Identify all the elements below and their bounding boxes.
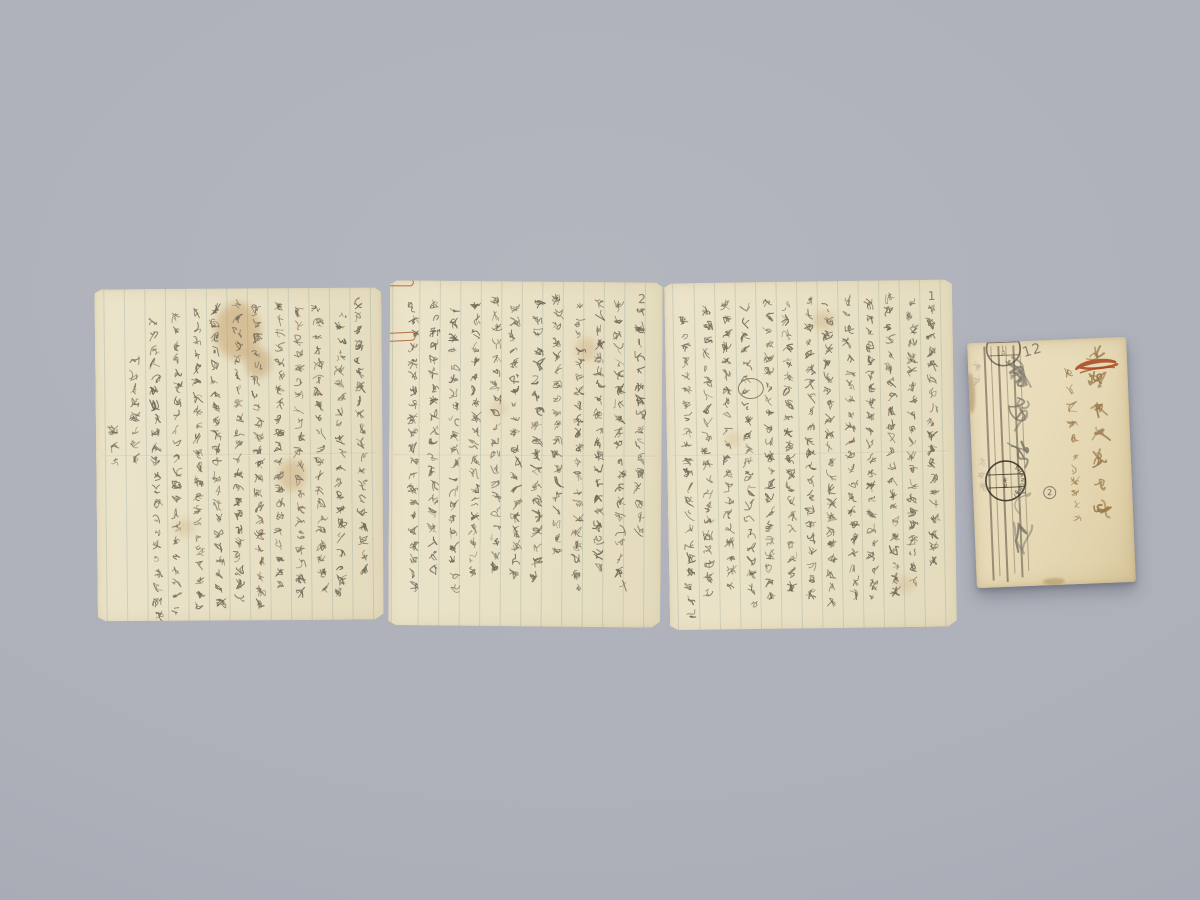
- handwriting-column: [862, 297, 882, 609]
- recipient-name-pencil: [1000, 352, 1049, 564]
- handwriting-column: [188, 305, 208, 617]
- handwriting-column: [611, 298, 629, 596]
- handwriting-column: [881, 290, 905, 602]
- letter-page-1: [94, 287, 384, 623]
- handwriting-column: [778, 298, 801, 596]
- handwriting-column: [405, 299, 423, 597]
- handwriting-column: [290, 304, 310, 602]
- handwriting-column: [760, 295, 780, 607]
- handwriting-column: [737, 301, 762, 613]
- letter-page-2: 2: [388, 280, 663, 627]
- handwriting-columns: [102, 296, 371, 613]
- handwriting-column: [718, 297, 740, 595]
- handwriting-column: [309, 300, 332, 598]
- handwriting-column: [447, 302, 463, 600]
- handwriting-column: [550, 292, 567, 562]
- svg-text:2: 2: [638, 292, 646, 306]
- handwriting-column: [527, 296, 548, 587]
- illegible-pencil-mark: [970, 359, 987, 391]
- handwriting-column: [568, 300, 589, 598]
- handwriting-column: [699, 304, 718, 602]
- handwriting-column: [146, 314, 167, 623]
- handwriting-column: [127, 353, 144, 469]
- handwriting-columns: 1: [672, 288, 945, 622]
- envelope-address-line-3: [1069, 451, 1086, 527]
- photo-backdrop: 2 1 SHANGHAI: [0, 0, 1200, 900]
- circled-number: 2: [1043, 486, 1057, 500]
- handwriting-column: [207, 301, 230, 613]
- svg-text:1: 1: [927, 289, 935, 303]
- handwriting-column: [105, 423, 124, 474]
- handwriting-column: [590, 294, 608, 578]
- handwriting-column: [230, 297, 248, 609]
- handwriting-column: [169, 310, 186, 622]
- handwriting-column: [465, 298, 486, 582]
- handwriting-column: [839, 293, 864, 605]
- handwriting-column: [271, 299, 288, 597]
- paperclip-rust-mark: [388, 280, 414, 286]
- handwriting-column: [249, 303, 270, 615]
- letter-page-3: 1: [664, 279, 958, 632]
- handwriting-column: [507, 300, 525, 584]
- handwriting-column: [487, 294, 505, 578]
- handwriting-column: [425, 295, 444, 579]
- envelope-address-line-2: [1062, 365, 1084, 451]
- handwriting-columns: 2: [396, 289, 650, 617]
- edge-wear-mark: [1043, 578, 1065, 586]
- handwriting-column: 2: [631, 291, 651, 543]
- handwriting-column: [332, 306, 350, 604]
- handwriting-column: [676, 312, 700, 624]
- redaction-scribble: [1072, 353, 1121, 377]
- handwriting-column: [801, 292, 820, 604]
- handwriting-column: [904, 294, 923, 592]
- handwriting-column: [820, 300, 842, 612]
- envelope: SHANGHAI 12 2: [967, 337, 1136, 588]
- illegible-pencil-mark: [975, 454, 992, 496]
